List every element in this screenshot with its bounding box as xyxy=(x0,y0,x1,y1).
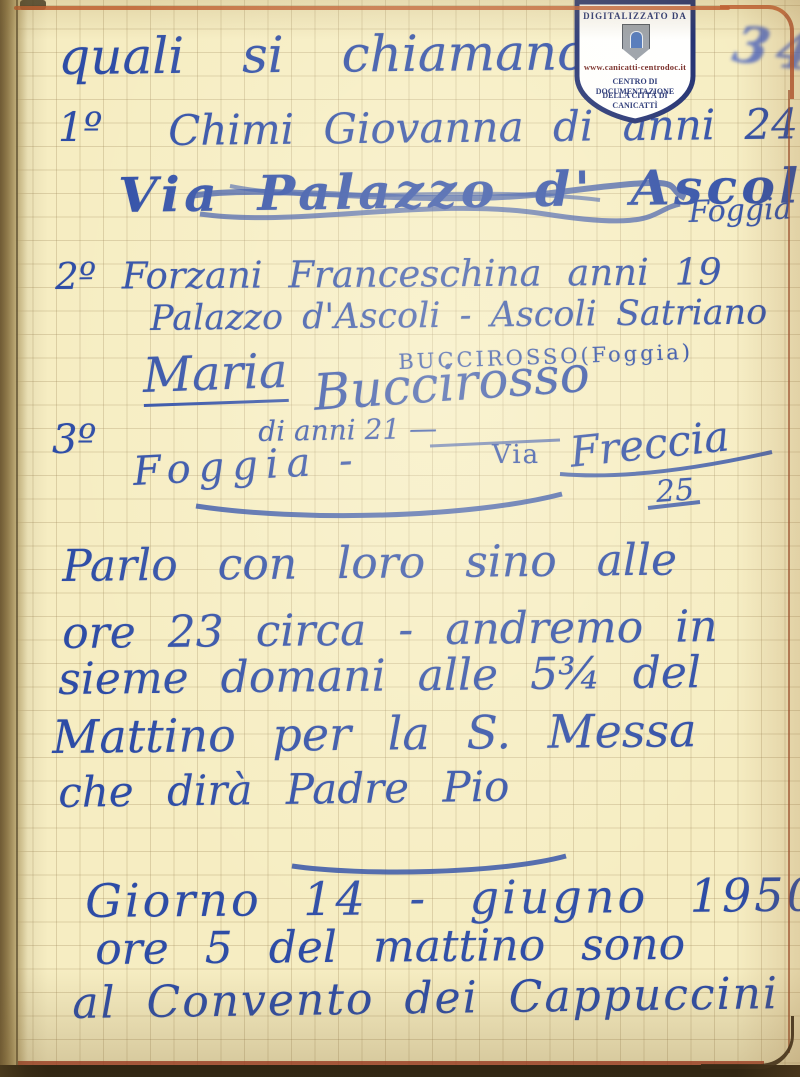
stamp-org-line2: DELLA CITTÀ DI CANICATTÌ xyxy=(583,90,686,110)
binding-crease xyxy=(16,0,18,1077)
handwritten-line: 2º Forzani Franceschina anni 19 xyxy=(55,253,722,295)
page-edge-bottom xyxy=(0,1065,800,1077)
crest-arch-icon xyxy=(630,31,643,48)
printed-overlay-name: BUCCIROSSO(Foggia) xyxy=(398,342,693,373)
handwritten-line: quali si chiamano xyxy=(58,27,587,82)
stamp-url: www.canicatti-centrodoc.it xyxy=(580,62,690,72)
handwritten-line: che dirà Padre Pio xyxy=(58,766,510,814)
handwritten-item-number: 1º xyxy=(58,108,102,148)
handwritten-word: Via xyxy=(492,442,540,468)
page-number: 34 xyxy=(729,20,800,79)
page-corner-bottom-right xyxy=(701,1016,794,1069)
handwritten-item-number: 3º xyxy=(52,420,96,460)
binding-edge xyxy=(0,0,28,1077)
stamp-title: DIGITALIZZATO DA xyxy=(580,11,690,21)
handwritten-line: Palazzo d'Ascoli - Ascoli Satriano xyxy=(150,296,767,337)
handwritten-line: Mattino per la S. Messa xyxy=(52,707,697,760)
ink-spot xyxy=(20,0,46,10)
handwritten-street: Freccia xyxy=(568,415,731,473)
handwritten-name-underlined: Maria xyxy=(142,347,289,407)
handwritten-line: Parlo con loro sino alle xyxy=(62,539,677,589)
handwritten-line: al Convento dei Cappuccini xyxy=(72,972,779,1026)
handwritten-date-line: Giorno 14 - giugno 1950 xyxy=(85,872,800,924)
handwritten-line: sieme domani alle 5¾ del xyxy=(58,651,701,702)
handwritten-line: Chimi Giovanna di anni 24 xyxy=(168,103,798,152)
handwritten-city: Foggia - xyxy=(132,440,362,492)
page-edge-bottom-red xyxy=(18,1061,764,1065)
handwritten-civic-number: 25 xyxy=(655,475,695,508)
digitization-stamp: DIGITALIZZATO DA www.canicatti-centrodoc… xyxy=(572,0,698,126)
handwritten-overlay-word: Foggia xyxy=(688,194,792,228)
handwritten-line: ore 5 del mattino sono xyxy=(95,923,685,972)
scanned-notebook-page: quali si chiamano 1º Chimi Giovanna di a… xyxy=(0,0,800,1077)
